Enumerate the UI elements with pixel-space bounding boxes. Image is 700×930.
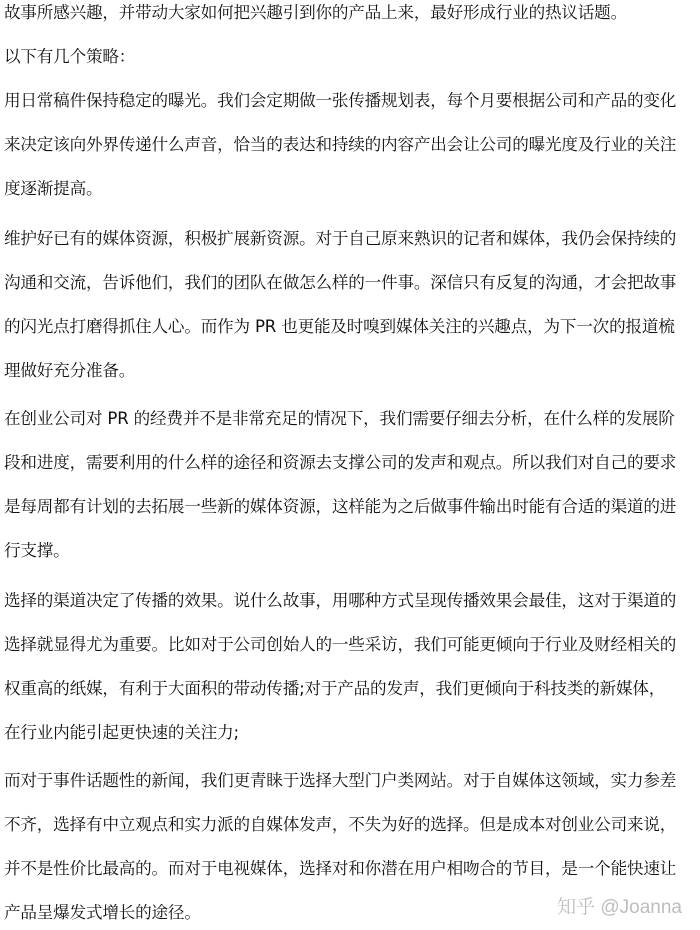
text-line: 在行业内能引起更快速的关注力; bbox=[4, 720, 239, 746]
zhihu-watermark: 知乎 @Joanna bbox=[557, 892, 682, 919]
text-line: 产品呈爆发式增长的途径。 bbox=[4, 900, 201, 926]
text-line: 权重高的纸媒，有利于大面积的带动传播;对于产品的发声，我们更倾向于科技类的新媒体… bbox=[4, 676, 665, 702]
text-line: 故事所感兴趣，并带动大家如何把兴趣引到你的产品上来，最好形成行业的热议话题。 bbox=[4, 0, 627, 26]
text-line: 选择就显得尤为重要。比如对于公司创始人的一些采访，我们可能更倾向于行业及财经相关… bbox=[4, 632, 676, 658]
text-line: 不齐，选择有中立观点和实力派的自媒体发声，不失为好的选择。但是成本对创业公司来说… bbox=[4, 812, 676, 838]
text-line: 而对于事件话题性的新闻，我们更青睐于选择大型门户类网站。对于自媒体这领域，实力参… bbox=[4, 768, 676, 794]
text-line: 度逐渐提高。 bbox=[4, 176, 102, 202]
text-line: 的闪光点打磨得抓住人心。而作为 PR 也更能及时嗅到媒体关注的兴趣点，为下一次的… bbox=[4, 314, 675, 340]
text-line: 行支撑。 bbox=[4, 538, 70, 564]
text-line: 以下有几个策略： bbox=[4, 44, 135, 70]
text-line: 并不是性价比最高的。而对于电视媒体，选择对和你潜在用户相吻合的节目，是一个能快速… bbox=[4, 856, 676, 882]
text-line: 理做好充分准备。 bbox=[4, 358, 135, 384]
text-line: 是每周都有计划的去拓展一些新的媒体资源，这样能为之后做事件输出时能有合适的渠道的… bbox=[4, 494, 676, 520]
text-line: 用日常稿件保持稳定的曝光。我们会定期做一张传播规划表，每个月要根据公司和产品的变… bbox=[4, 88, 676, 114]
text-line: 沟通和交流，告诉他们，我们的团队在做怎么样的一件事。深信只有反复的沟通，才会把故… bbox=[4, 270, 676, 296]
text-line: 来决定该向外界传递什么声音，恰当的表达和持续的内容产出会让公司的曝光度及行业的关… bbox=[4, 132, 676, 158]
text-line: 选择的渠道决定了传播的效果。说什么故事，用哪种方式呈现传播效果会最佳，这对于渠道… bbox=[4, 588, 676, 614]
text-line: 段和进度，需要利用的什么样的途径和资源去支撑公司的发声和观点。所以我们对自己的要… bbox=[4, 450, 676, 476]
text-line: 维护好已有的媒体资源，积极扩展新资源。对于自己原来熟识的记者和媒体，我仍会保持续… bbox=[4, 226, 676, 252]
text-line: 在创业公司对 PR 的经费并不是非常充足的情况下，我们需要仔细去分析，在什么样的… bbox=[4, 406, 675, 432]
